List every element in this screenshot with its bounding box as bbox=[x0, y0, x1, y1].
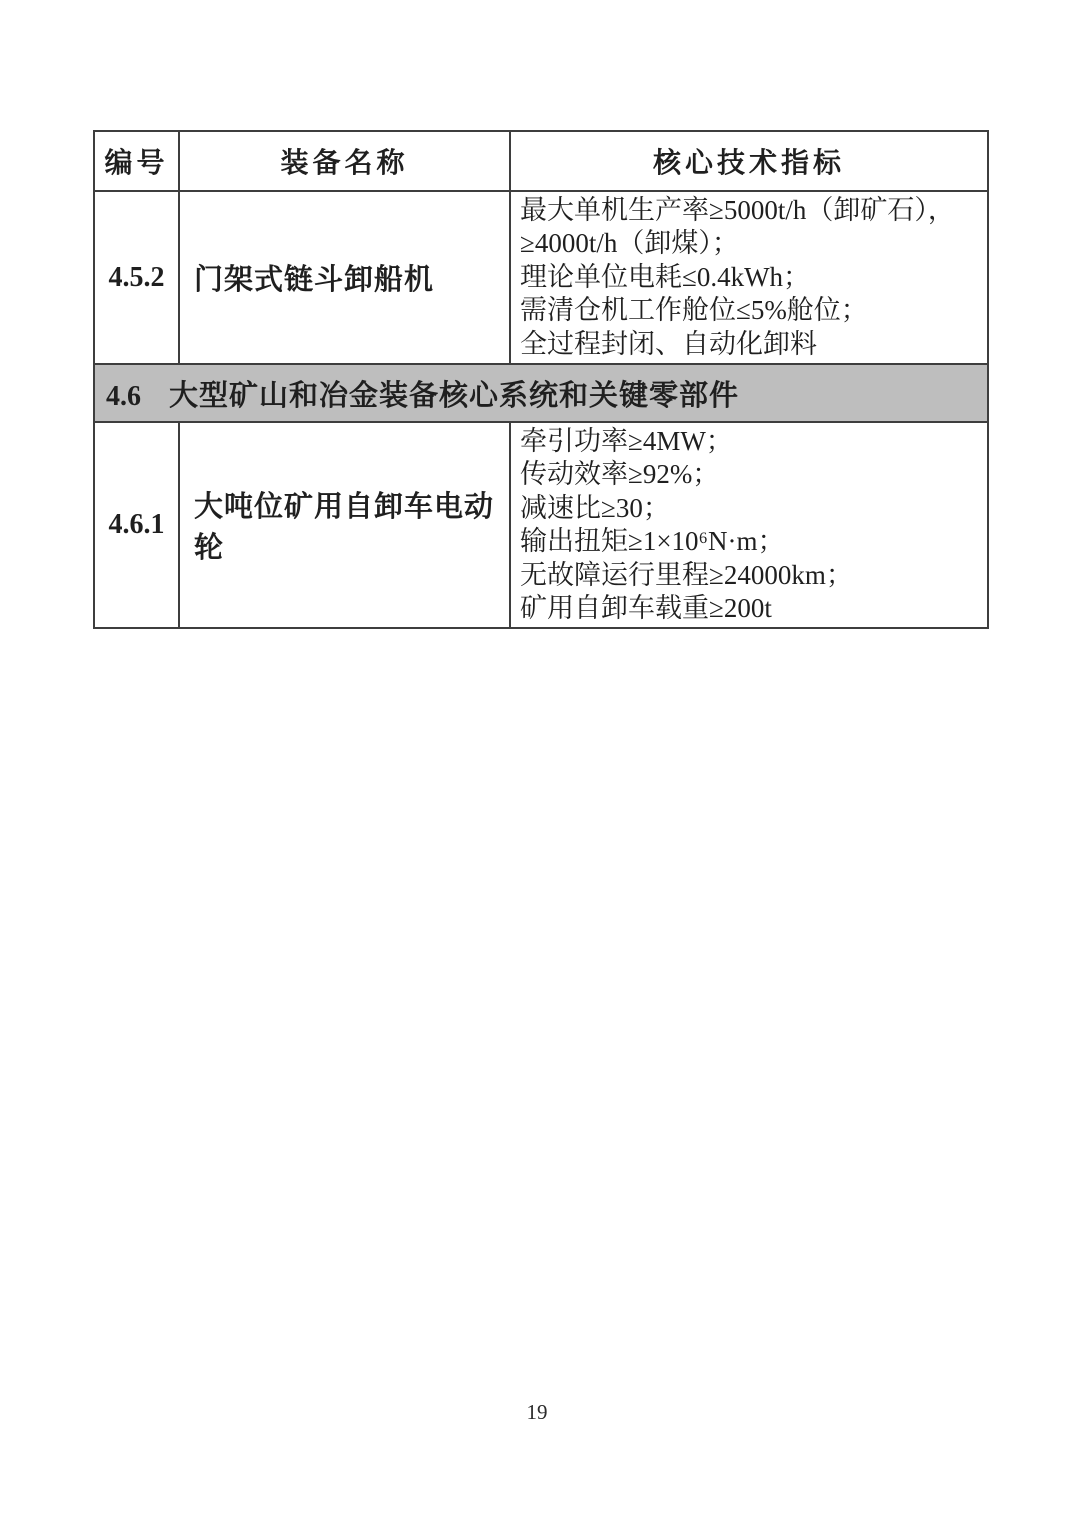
section-id: 4.6 bbox=[106, 381, 141, 412]
spec-line: 无故障运行里程≥24000km； bbox=[520, 559, 981, 592]
page-number: 19 bbox=[0, 1400, 1074, 1425]
column-header-id: 编号 bbox=[94, 131, 179, 191]
spec-cell: 牵引功率≥4MW； 传动效率≥92%； 减速比≥30； 输出扭矩≥1×10⁶N·… bbox=[510, 422, 988, 628]
row-id: 4.6.1 bbox=[94, 422, 179, 628]
spec-line: 输出扭矩≥1×10⁶N·m； bbox=[520, 525, 981, 558]
section-title: 大型矿山和冶金装备核心系统和关键零部件 bbox=[169, 380, 739, 412]
spec-cell: 最大单机生产率≥5000t/h（卸矿石）， ≥4000t/h（卸煤）； 理论单位… bbox=[510, 191, 988, 364]
spec-line: 需清仓机工作舱位≤5%舱位； bbox=[520, 294, 981, 327]
column-header-core-specs: 核心技术指标 bbox=[510, 131, 988, 191]
spec-line: 传动效率≥92%； bbox=[520, 458, 981, 491]
row-id: 4.5.2 bbox=[94, 191, 179, 364]
equipment-name: 大吨位矿用自卸车电动轮 bbox=[179, 422, 510, 628]
spec-line: 矿用自卸车载重≥200t bbox=[520, 592, 981, 625]
section-header-cell: 4.6 大型矿山和冶金装备核心系统和关键零部件 bbox=[94, 364, 988, 422]
table-row: 4.5.2 门架式链斗卸船机 最大单机生产率≥5000t/h（卸矿石）， ≥40… bbox=[94, 191, 988, 364]
column-header-equipment-name: 装备名称 bbox=[179, 131, 510, 191]
table-row: 4.6.1 大吨位矿用自卸车电动轮 牵引功率≥4MW； 传动效率≥92%； 减速… bbox=[94, 422, 988, 628]
spec-line: 牵引功率≥4MW； bbox=[520, 425, 981, 458]
document-page: 编号 装备名称 核心技术指标 4.5.2 门架式链斗卸船机 最大单机生产率≥50… bbox=[0, 0, 1080, 1527]
spec-line: 减速比≥30； bbox=[520, 492, 981, 525]
spec-line: 最大单机生产率≥5000t/h（卸矿石）， bbox=[520, 194, 981, 227]
spec-line: 理论单位电耗≤0.4kWh； bbox=[520, 261, 981, 294]
equipment-spec-table: 编号 装备名称 核心技术指标 4.5.2 门架式链斗卸船机 最大单机生产率≥50… bbox=[93, 130, 989, 629]
spec-line: 全过程封闭、自动化卸料 bbox=[520, 328, 981, 361]
table-header-row: 编号 装备名称 核心技术指标 bbox=[94, 131, 988, 191]
section-header-row: 4.6 大型矿山和冶金装备核心系统和关键零部件 bbox=[94, 364, 988, 422]
equipment-name: 门架式链斗卸船机 bbox=[179, 191, 510, 364]
spec-line: ≥4000t/h（卸煤）； bbox=[520, 227, 981, 260]
